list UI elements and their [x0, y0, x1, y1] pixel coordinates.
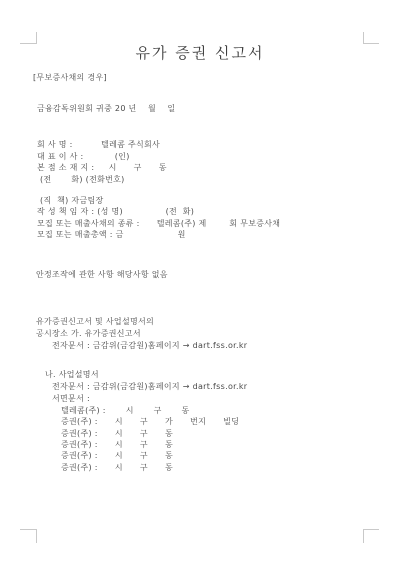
- page-corner-mark-bottom-left: [20, 529, 37, 543]
- head-office-line: 본 점 소 재 지 : 시 구 동: [37, 163, 167, 172]
- document-page: 유가 증권 신고서 [무보증사채의 경우] 금융감독위원회 귀중 20 년 월 …: [0, 0, 400, 564]
- phone-line: (전 화) (전화번호): [40, 175, 125, 184]
- paper-doc-line: 서면문서 :: [52, 394, 90, 403]
- ceo-line: 대 표 이 사 : (인): [37, 152, 130, 161]
- total-amount-line: 모집 또는 매출총액 : 금 원: [37, 230, 186, 239]
- stabilization-line: 안정조작에 관한 사항 해당사항 없음: [36, 270, 168, 279]
- author-line: 작 성 책 임 자 : (성 명) (전 화): [37, 207, 194, 216]
- electronic-doc-line: 전자문서 : 금감위(금감원)홈페이지 → dart.fss.or.kr: [52, 382, 247, 391]
- company-name-line: 회 사 명 : 텔레콤 주식회사: [37, 140, 160, 149]
- office-address-line: 증권(주) : 시 구 가 번지 빌딩: [61, 417, 239, 426]
- bond-type-line: 모집 또는 매출사채의 종류 : 텔레콤(주) 제 회 무보증사채: [37, 219, 280, 228]
- case-note-label: [무보증사채의 경우]: [33, 73, 107, 82]
- office-address-line: 증권(주) : 시 구 동: [61, 451, 173, 460]
- office-address-line: 증권(주) : 시 구 동: [61, 440, 173, 449]
- submission-line: 금융감독위원회 귀중 20 년 월 일: [37, 104, 175, 113]
- page-corner-mark-bottom-right: [363, 529, 379, 543]
- disclosure-heading: 유가증권신고서 및 사업설명서의: [36, 317, 154, 326]
- office-address-line: 증권(주) : 시 구 동: [61, 463, 173, 472]
- office-address-line: 텔레콤(주) : 시 구 동: [61, 406, 190, 415]
- office-address-line: 증권(주) : 시 구 동: [61, 429, 173, 438]
- page-title: 유가 증권 신고서: [0, 42, 400, 63]
- prospectus-line: 나. 사업설명서: [45, 370, 99, 379]
- position-line: (직 책) 자금팀장: [40, 196, 104, 205]
- disclosure-place-line: 공시장소 가. 유가증권신고서: [36, 329, 141, 338]
- electronic-doc-line: 전자문서 : 금감위(금감원)홈페이지 → dart.fss.or.kr: [52, 341, 247, 350]
